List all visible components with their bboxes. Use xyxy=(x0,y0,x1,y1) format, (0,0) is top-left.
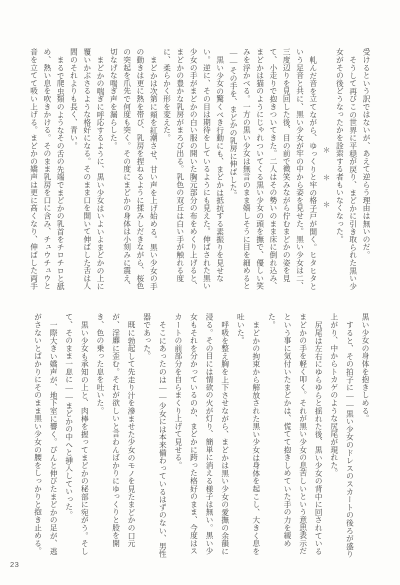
text-band-lower: 黒い少女の身体を抱きしめる。 すると、その拍子に――黒い少女のドレスのスカートの… xyxy=(26,313,373,559)
paragraph: 呼吸を整え胸を上下させながら、まどかは黒い少女の愛撫の余韻に浸る。その目には情欲… xyxy=(170,313,232,559)
paragraph: 尻尾は左右にゆらゆらと揺れた後、黒い少女の背中に回されているまどかの手を軽く叩く… xyxy=(264,313,326,559)
paragraph: 既に勃起して先走り汁を滲ませた少女のモノを見たまどかの口元が、淫靡に歪む。それが… xyxy=(92,313,139,559)
paragraph: 受けるという訳ではないが、あえて逆らう理由は無いのだ。 xyxy=(360,48,373,294)
paragraph: すると、その拍子に――黒い少女のドレスのスカートの後ろが盛り上がり、中からトカゲ… xyxy=(326,313,357,559)
paragraph: 黒い少女の驚くべき行動にも、まどかは抵抗する素振りを見せない。逆に、その目は期待… xyxy=(160,48,226,294)
paragraph: 黒い少女の身体を抱きしめる。 xyxy=(357,313,373,559)
text-band-upper: 受けるという訳ではないが、あえて逆らう理由は無いのだ。 そうして再びこの世界に平… xyxy=(26,48,373,294)
section-separator-stars: ＊ ＊ ＊ xyxy=(320,48,333,294)
paragraph: 軋んだ音を立てながら、ゆっくりと牢の格子戸が開く。ヒタヒタという足音と共に、黒い… xyxy=(227,48,320,294)
page-number: 23 xyxy=(10,560,19,569)
paragraph: まどかは次第に頬を紅潮させ、甘い声を上げ始める。黒い少女の手の動きは更に熱を帯び… xyxy=(107,48,160,294)
paragraph: まどかの喘ぎに呼応するように、黒い少女はいよいよまどかの上に覆いかぶさるような格… xyxy=(67,48,107,294)
paragraph: まどかの拘束から解放された黒い少女は身体を起こし、大きく息を吐いた。 xyxy=(233,313,264,559)
paragraph: そこにあったのは――少女には本来備わっているはずのない、男性器であった。 xyxy=(139,313,170,559)
paragraph: 黒い少女も承知の上と、肉棒を握ってまどかの秘部に宛がう。そして、そのまま一息に―… xyxy=(61,313,92,559)
paragraph: まるで爬虫類のようなその舌の先端でまどかの乳首をチロチロと舐め、熱い息を吹きかけ… xyxy=(26,48,67,294)
paragraph: 一際大きい嬌声が、地下室に響く。ぴんと伸びたまどかの足が、逃がさないとばかりにそ… xyxy=(26,313,61,559)
paragraph: そうして再びこの世界に平穏が戻り、まどかに引き取られた黒い少女がその後どうなった… xyxy=(333,48,360,294)
book-page: 受けるという訳ではないが、あえて逆らう理由は無いのだ。 そうして再びこの世界に平… xyxy=(0,0,400,585)
